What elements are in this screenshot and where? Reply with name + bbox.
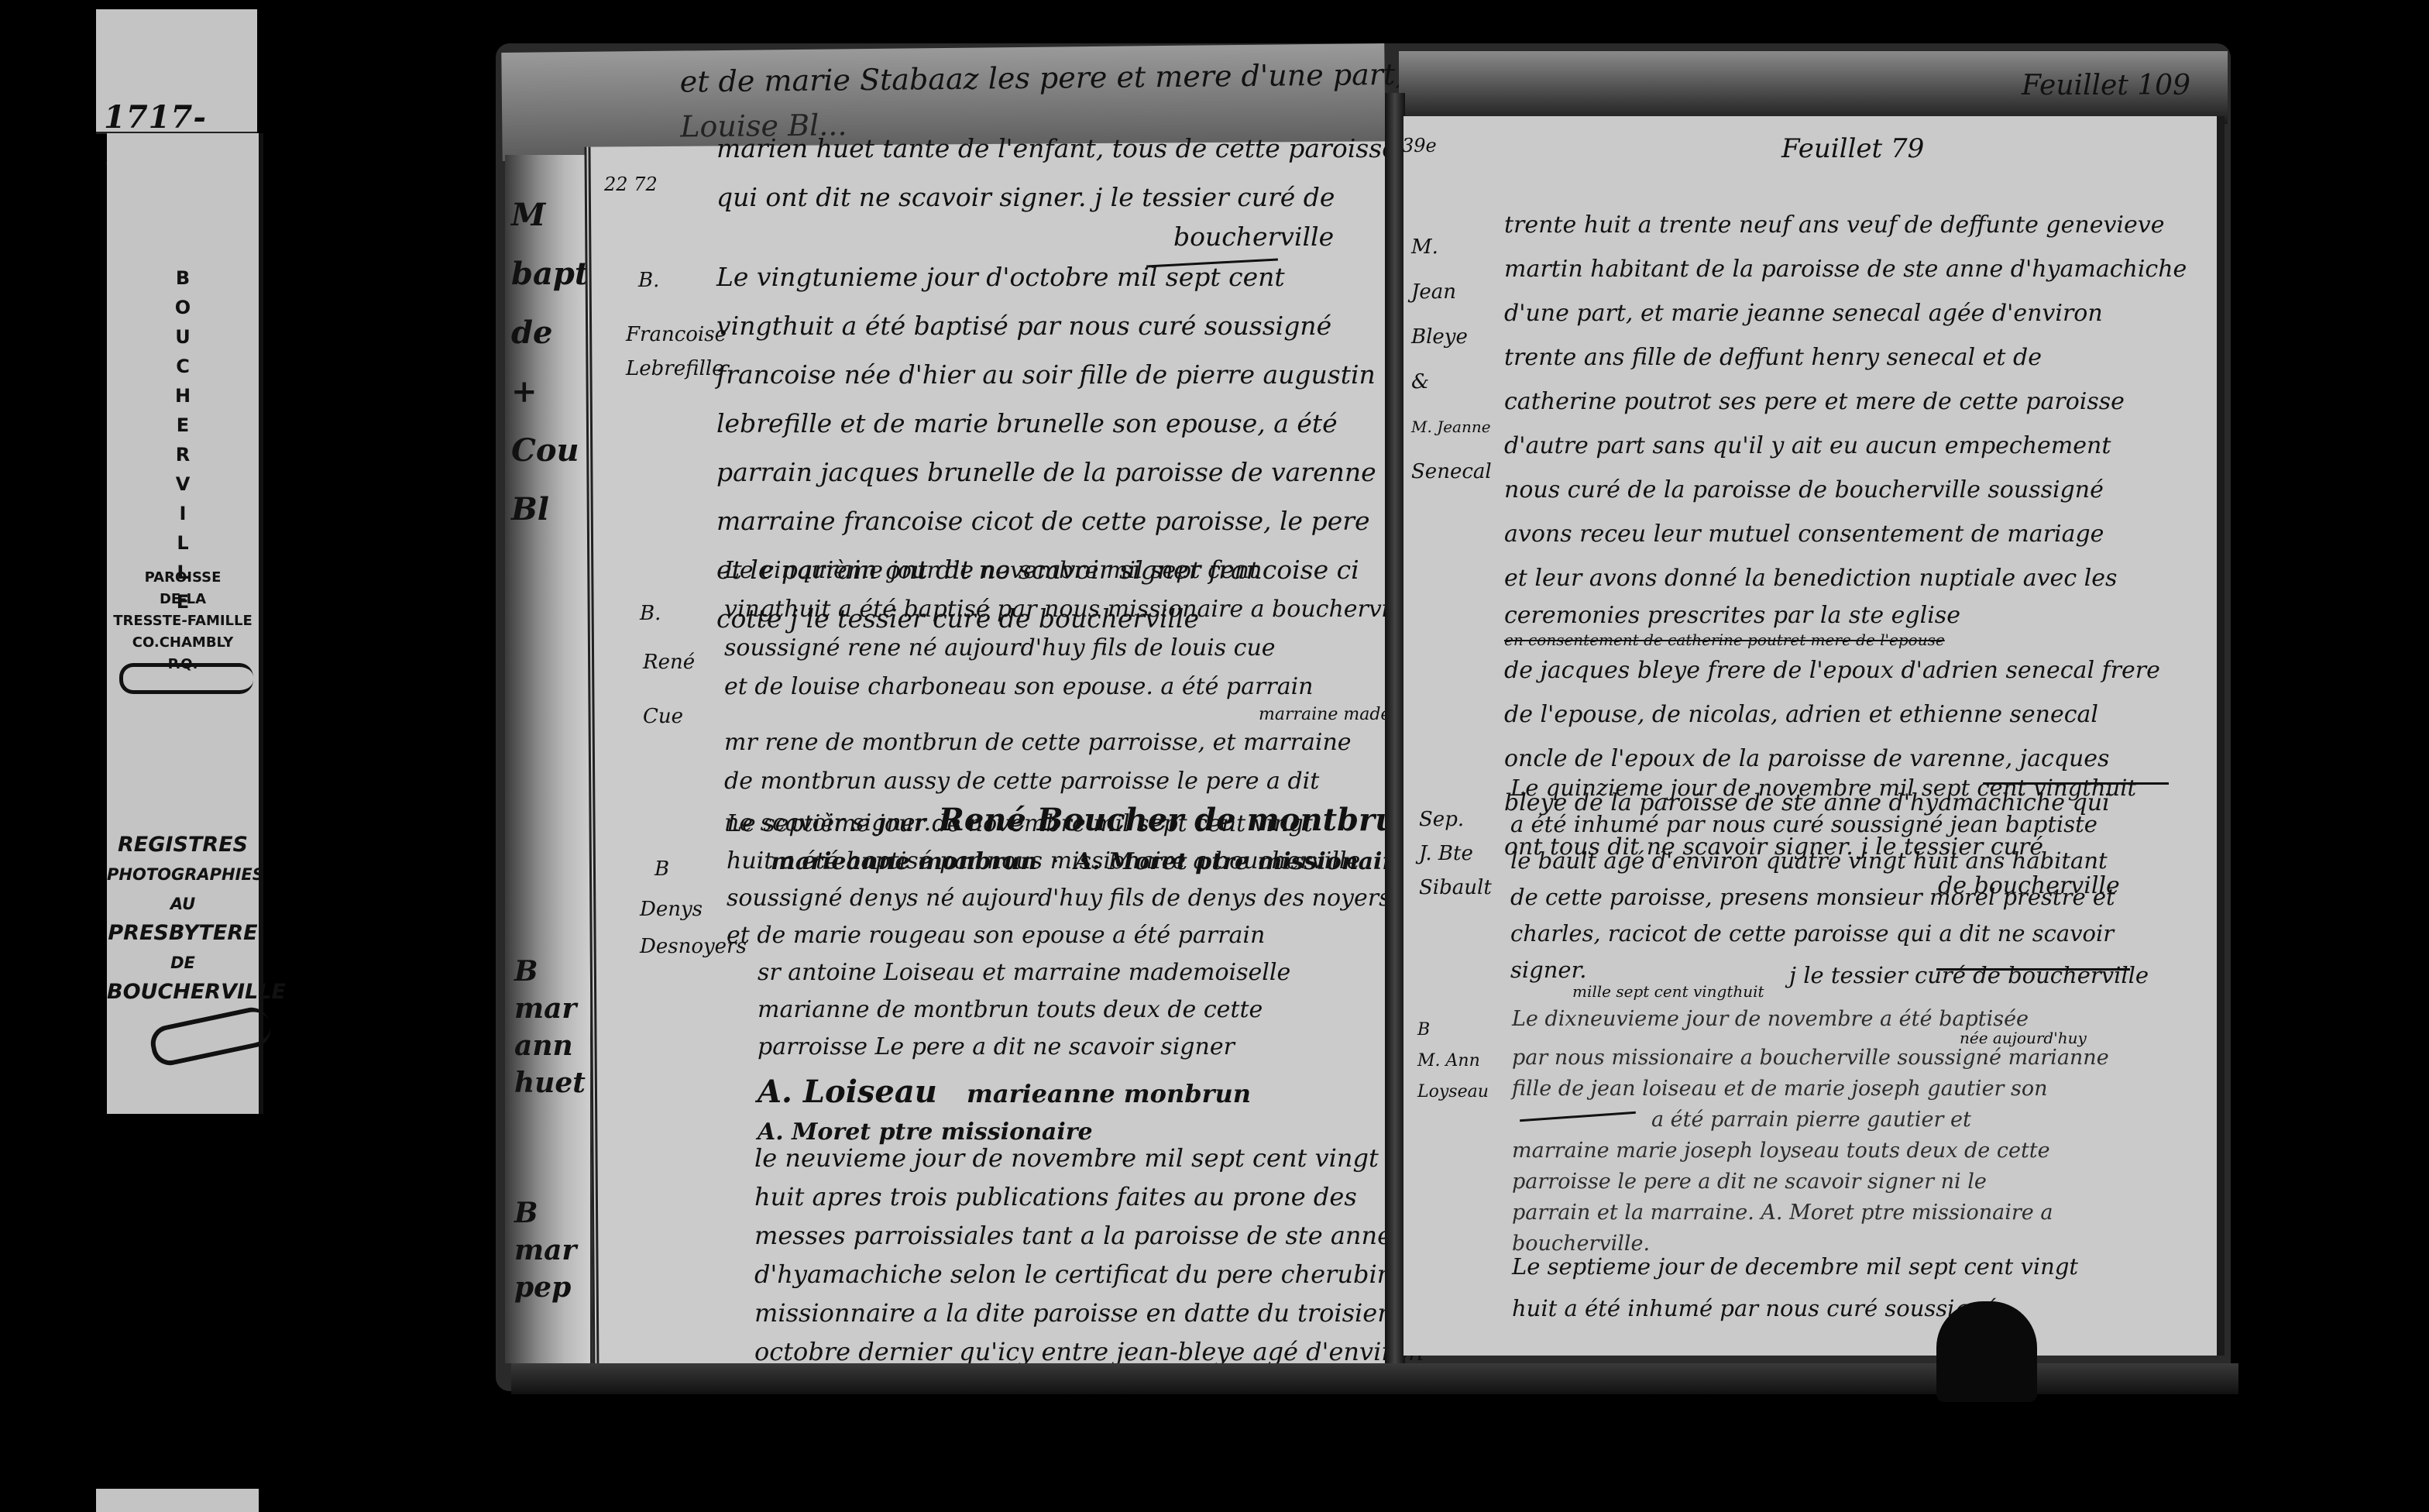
text-line: Le cinquième jour de novembre mil sept c… [724,552,1462,590]
text-line: soussigné rene né aujourd'huy fils de lo… [724,629,1462,668]
entry-mark: B [654,852,669,886]
entry-mark: B. [640,596,661,631]
text-line: d'autre part sans qu'il y ait eu aucun e… [1504,424,2187,468]
letter: U [107,322,259,352]
paperclip-icon [147,1004,273,1068]
text-line: a été parrain pierre gautier et [1512,1105,2109,1136]
folio-number: Feuillet 79 [1781,133,1924,164]
letter: H [107,381,259,411]
edge-note: huet [514,1064,584,1101]
text-line: martin habitant de la paroisse de ste an… [1504,247,2187,291]
text-line: marraine marie joseph loyseau touts deux… [1512,1136,2109,1167]
text-line: Le vingtunieme jour d'octobre mil sept c… [716,253,1397,301]
margin-name: & [1411,359,1492,404]
edge-note: pep [514,1269,584,1306]
text-line: parroisse le pere a dit ne scavoir signe… [1512,1167,2109,1198]
margin-name: Cue [643,689,695,744]
margin-name: Sibault [1419,871,1492,905]
text-line: missionnaire a la dite paroisse en datte… [754,1294,1424,1332]
text-line: charles, racicot de cette paroisse qui a… [1510,916,2149,952]
register-note: REGISTRES PHOTOGRAPHIES AU PRESBYTERE DE… [107,830,259,1007]
note-line: REGISTRES [107,830,259,860]
margin-name: René [643,635,695,689]
margin-name: Bleye [1411,314,1492,359]
entry-mark: B. [638,263,659,297]
text-line: par nous missionaire a boucherville sous… [1512,1043,2109,1074]
letter: C [107,352,259,381]
edge-note: B [514,1194,584,1232]
signature-line: A. Loiseau marieanne monbrun [727,1074,1390,1114]
text-line: marien huet tante de l'enfant, tous de c… [716,124,1397,173]
letter: O [107,293,259,322]
margin-name: Senecal [1411,449,1492,494]
text-line: Le dixneuvieme jour de novembre a été ba… [1512,1004,2109,1035]
edge-note: Cou [511,421,581,480]
letter: R [107,440,259,469]
signature: marieanne monbrun [967,1079,1251,1108]
margin-name: M. [1411,225,1492,270]
letter: L [107,528,259,558]
text-line: d'une part, et marie jeanne senecal agée… [1504,291,2187,335]
letter: I [107,499,259,528]
text-line: huit apres trois publications faites au … [754,1177,1424,1216]
parish-line: PAROISSE [107,567,259,589]
interlinear-note: mille sept cent vingthuit [1572,982,1764,1001]
text-line: marraine francoise cicot de cette parois… [716,497,1397,545]
corner-note: 39e [1402,129,1437,163]
corner-note: 22 72 [604,167,658,201]
interlinear-note: marraine mademoiselle [724,706,1462,723]
left-entry-3: Le septième jour de novembre mil sept ce… [727,806,1390,1151]
text-line: le neuvieme jour de novembre mil sept ce… [754,1139,1424,1177]
note-line: DE [107,948,259,978]
edge-note: ann [514,1027,584,1064]
text-line: de montbrun aussy de cette parroisse le … [724,762,1462,801]
text-line: Le quinzieme jour de novembre mil sept c… [1510,770,2149,806]
edge-note: M [511,186,581,245]
text-line: ceremonies prescrites par la ste eglise [1504,600,2187,631]
edge-note: bapt [511,245,581,304]
margin-name: Denys [640,891,747,928]
edge-note: mar [514,1232,584,1269]
margin-name: B [1417,1015,1489,1046]
text-line: de l'epouse, de nicolas, adrien et ethie… [1504,692,2187,737]
text-line: qui ont dit ne scavoir signer. j le tess… [716,173,1397,222]
text-line: trente ans fille de deffunt henry seneca… [1504,335,2187,380]
edge-note: Bl [511,480,581,539]
parish-line: CO.CHAMBLY [107,632,259,654]
left-margin-names-2: René Cue [643,635,695,744]
letter: B [107,263,259,293]
signature-rule [1936,968,2130,971]
left-entry-4: le neuvieme jour de novembre mil sept ce… [754,1139,1424,1371]
interlinear-note: en consentement de catherine poutret mer… [1504,631,2187,648]
right-margin-names-1: M. Jean Bleye & M. Jeanne Senecal [1411,225,1492,494]
text-line: vingthuit a été baptisé par nous mission… [724,590,1462,629]
margin-name: J. Bte [1419,837,1492,871]
text-line: parroisse Le pere a dit ne scavoir signe… [727,1029,1390,1066]
margin-name: Loyseau [1417,1077,1489,1108]
text-line: et leur avons donné la benediction nupti… [1504,556,2187,600]
edge-margin-notes: M bapt de + Cou Bl [511,186,581,539]
right-margin-names-3: B M. Ann Loyseau [1417,1015,1489,1108]
text-line: vingthuit a été baptisé par nous curé so… [716,301,1397,350]
text-line: lebrefille et de marie brunelle son epou… [716,399,1397,448]
text-line: de jacques bleye frere de l'epoux d'adri… [1504,648,2187,692]
right-entry-3: Le dixneuvieme jour de novembre a été ba… [1512,1004,2109,1259]
edge-margin-notes-lower: B mar ann huet B mar pep [514,953,584,1306]
text-line: nous curé de la paroisse de boucherville… [1504,468,2187,512]
text-line: parrain jacques brunelle de la paroisse … [716,448,1397,497]
parish-name-vertical: B O U C H E R V I L L E [107,263,259,617]
text-line: mr rene de montbrun de cette parroisse, … [724,723,1462,762]
text-line: a été inhumé par nous curé soussigné jea… [1510,806,2149,843]
letter: V [107,469,259,499]
parish-details: PAROISSE DE-LA TRESSTE-FAMILLE CO.CHAMBL… [107,567,259,675]
right-entry-2: Le quinzieme jour de novembre mil sept c… [1510,770,2149,994]
parish-line: TRESSTE-FAMILLE [107,610,259,632]
label-strip: B O U C H E R V I L L E PAROISSE DE-LA T… [107,133,263,1114]
edge-note: mar [514,990,584,1027]
text-line: Le septieme jour de decembre mil sept ce… [1512,1246,2078,1287]
previous-page-text: et de marie Stabaaz les pere et mere d'u… [679,57,1443,98]
margin-name: Desnoyers [640,928,747,965]
label-strip-next [96,1489,259,1512]
right-margin-names-2: Sep. J. Bte Sibault [1419,802,1492,905]
text-line: trente huit a trente neuf ans veuf de de… [1504,203,2187,247]
text-line: parrain et la marraine. A. Moret ptre mi… [1512,1198,2109,1228]
signature-rule [1983,782,2169,785]
book-gutter [1385,93,1405,1363]
text-line: boucherville [716,222,1397,253]
label-strip-header: 1717-1738 [96,9,257,134]
parish-line: DE-LA [107,589,259,610]
margin-name: Sep. [1419,802,1492,837]
text-line: sr antoine Loiseau et marraine mademoise… [727,954,1390,991]
left-margin-names-1: Francoise Lebrefille [626,318,727,386]
text-line: et de marie rougeau son epouse a été par… [727,917,1390,954]
edge-note: de [511,304,581,363]
text-line: le bault agé d'environ quatre vingt huit… [1510,843,2149,879]
text-line: huit a été baptisé par nous missionaire … [727,843,1390,880]
text-line: Le septième jour de novembre mil sept ce… [727,806,1390,843]
text-line: marianne de montbrun touts deux de cette [727,991,1390,1029]
text-line: et de louise charboneau son epouse. a ét… [724,668,1462,706]
letter: E [107,411,259,440]
text-line: soussigné denys né aujourd'huy fils de d… [727,880,1390,917]
margin-name: Francoise [626,318,727,352]
edge-note: B [514,953,584,990]
thumb-holding-page [1936,1301,2037,1402]
signature: A. Loiseau [758,1074,937,1110]
note-line: PRESBYTERE [107,919,259,948]
text-line: messes parroissiales tant a la paroisse … [754,1216,1424,1255]
margin-name: Jean [1411,270,1492,314]
margin-name: Lebrefille [626,352,727,386]
margin-name: M. Ann [1417,1046,1489,1077]
folio-number-top: Feuillet 109 [2022,70,2190,101]
text-line: avons receu leur mutuel consentement de … [1504,512,2187,556]
left-margin-names-3: Denys Desnoyers [640,891,747,965]
note-line: AU [107,889,259,919]
paperclip-icon [119,663,253,694]
text-line: francoise née d'hier au soir fille de pi… [716,350,1397,399]
margin-name: M. Jeanne [1411,404,1492,449]
edge-note: + [511,363,581,421]
text-line: fille de jean loiseau et de marie joseph… [1512,1074,2109,1105]
note-line: BOUCHERVILLE [107,978,259,1007]
text-line: de cette paroisse, presens monsieur more… [1510,879,2149,916]
text-line: catherine poutrot ses pere et mere de ce… [1504,380,2187,424]
text-line: d'hyamachiche selon le certificat du per… [754,1255,1424,1294]
note-line: PHOTOGRAPHIES [107,860,259,889]
